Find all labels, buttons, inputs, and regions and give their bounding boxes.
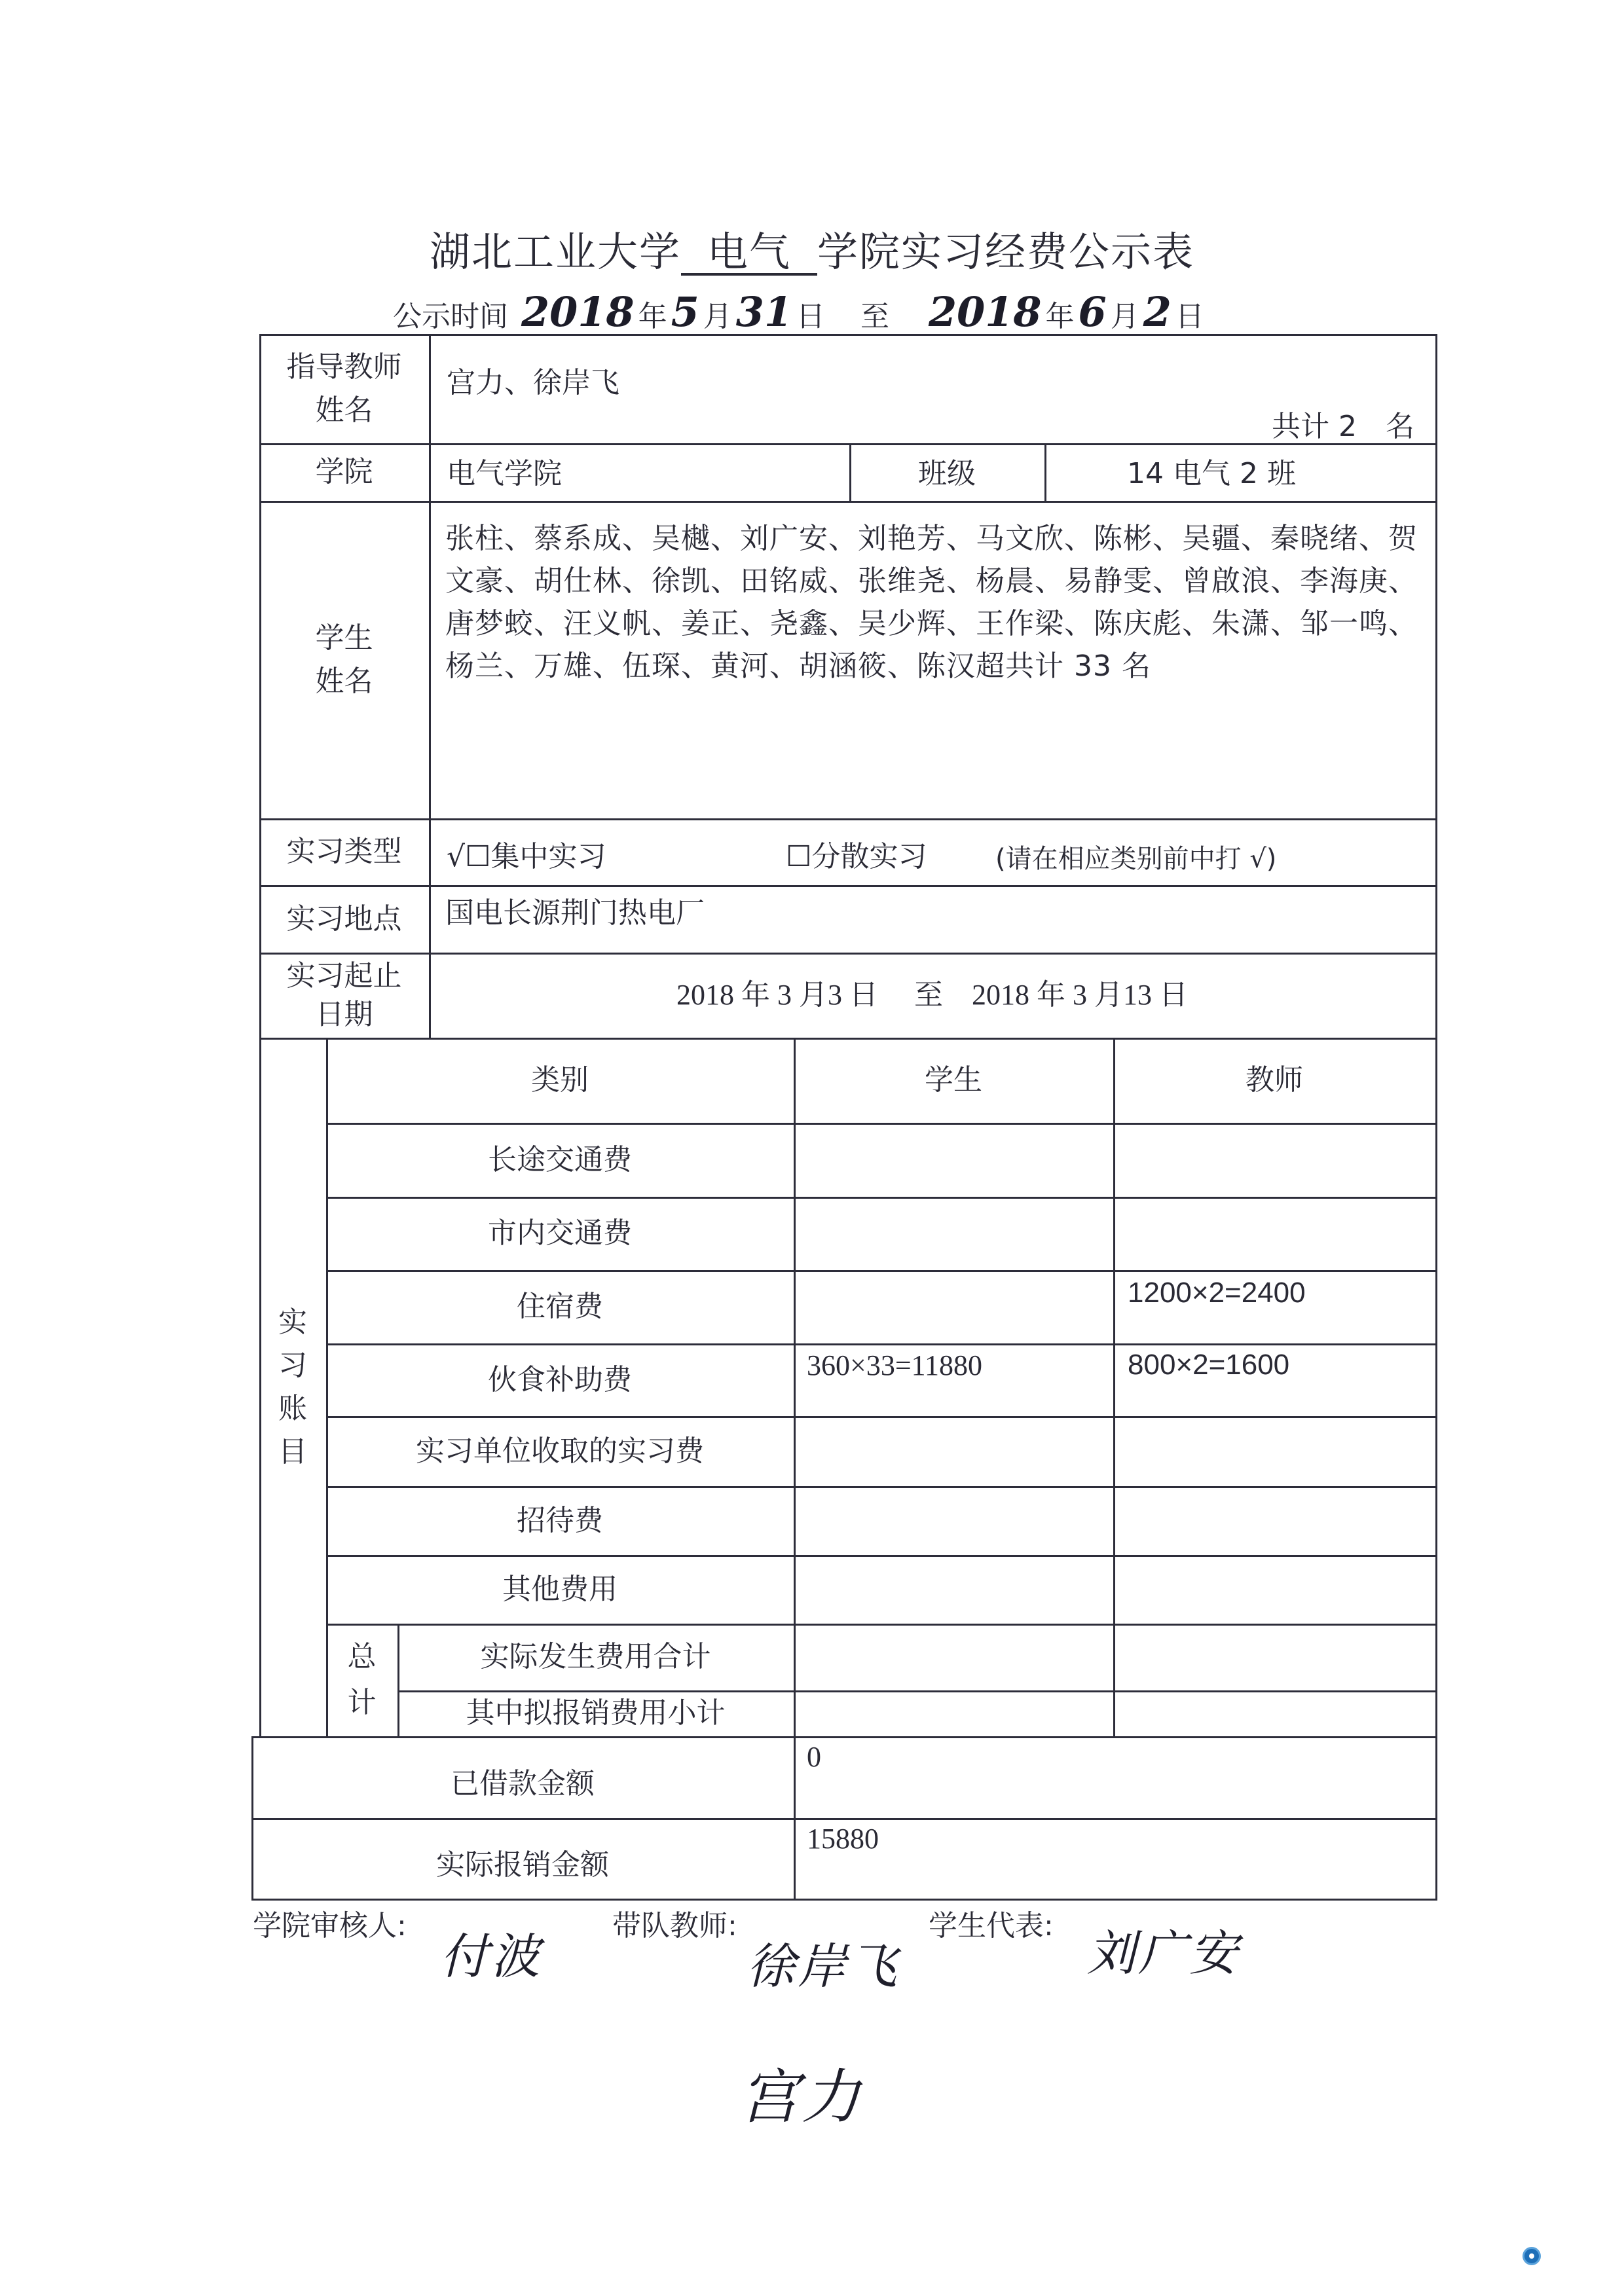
document-title: 湖北工业大学电气学院实习经费公示表	[0, 219, 1624, 278]
college-label: 学院	[259, 443, 429, 501]
year-char: 年	[1046, 300, 1075, 333]
row-category: 市内交通费	[326, 1197, 794, 1270]
month-char: 月	[1111, 300, 1139, 333]
pub-end-year: 2018	[925, 288, 1046, 336]
internship-type-label: 实习类型	[259, 818, 429, 885]
student-label-line2: 姓名	[316, 660, 373, 703]
row-category: 住宿费	[326, 1270, 794, 1343]
student-label-line1: 学生	[316, 617, 373, 660]
row-line	[259, 818, 1437, 820]
teacher-label-line1: 指导教师	[287, 346, 402, 389]
date-label-line2: 日期	[316, 995, 373, 1034]
title-university: 湖北工业大学	[430, 228, 681, 276]
section-char: 目	[278, 1430, 307, 1474]
header-student: 学生	[794, 1038, 1113, 1123]
university-emblem-icon	[1522, 2247, 1541, 2265]
total-label: 总 计	[326, 1624, 397, 1736]
reimbursed-label: 实际报销金额	[251, 1818, 794, 1899]
class-label: 班级	[849, 445, 1044, 503]
pub-end-day: 2	[1139, 288, 1175, 336]
reviewer-label: 学院审核人:	[253, 1902, 407, 1944]
borrowed-label: 已借款金额	[251, 1736, 794, 1818]
lead-teacher-signature-1: 徐岸飞	[747, 1928, 900, 1997]
pub-start-month: 5	[667, 288, 703, 336]
row-line	[259, 334, 1437, 336]
reviewer-signature: 付波	[440, 1918, 542, 1988]
student-names-value: 张柱、蔡系成、吴樾、刘广安、刘艳芳、马文欣、陈彬、吴疆、秦晓绪、贺文豪、胡仕林、…	[445, 517, 1428, 687]
table-border-right	[1435, 334, 1437, 1899]
row-teacher-value[interactable]: 1200×2=2400	[1128, 1277, 1306, 1309]
row-teacher-value[interactable]: 800×2=1600	[1128, 1349, 1289, 1381]
section-char: 习	[278, 1344, 307, 1387]
pub-to: 至	[834, 300, 915, 333]
teacher-label-line2: 姓名	[316, 389, 373, 432]
type-option-dispersed[interactable]: ☐分散实习	[786, 833, 927, 875]
row-student-value[interactable]: 360×33=11880	[807, 1349, 982, 1382]
title-suffix: 学院实习经费公示表	[817, 228, 1194, 276]
day-char: 日	[1175, 300, 1204, 333]
total-row-category: 实际发生费用合计	[397, 1624, 794, 1690]
type-option-centralized[interactable]: √☐集中实习	[447, 833, 606, 875]
day-char: 日	[796, 300, 825, 333]
total-char: 计	[348, 1680, 377, 1726]
row-category: 长途交通费	[326, 1123, 794, 1197]
section-char: 实	[278, 1301, 307, 1344]
type-hint: (请在相应类别前中打 √)	[995, 838, 1276, 875]
row-line	[251, 1899, 1437, 1901]
student-name-label: 学生 姓名	[259, 501, 429, 818]
row-category: 实习单位收取的实习费	[326, 1416, 794, 1486]
row-category: 伙食补助费	[326, 1343, 794, 1416]
teacher-names-value: 宫力、徐岸飞	[447, 359, 619, 401]
title-college-blank: 电气	[681, 230, 817, 276]
pub-time-label: 公示时间	[393, 300, 508, 333]
pub-end-month: 6	[1075, 288, 1111, 336]
total-row-category: 其中拟报销费用小计	[397, 1690, 794, 1736]
internship-place-label: 实习地点	[259, 885, 429, 953]
student-rep-signature: 刘广安	[1087, 1915, 1240, 1984]
internship-date-label: 实习起止 日期	[259, 953, 429, 1038]
category-student-divider	[794, 1038, 796, 1900]
publication-time: 公示时间 2018年5月31日 至 2018年6月2日	[393, 288, 1204, 336]
teacher-count: 共计 2 名	[1272, 403, 1414, 445]
teacher-name-label: 指导教师 姓名	[259, 334, 429, 443]
date-label-line1: 实习起止	[287, 957, 402, 995]
label-column-divider	[429, 334, 431, 1038]
month-char: 月	[703, 300, 732, 333]
student-teacher-divider	[1113, 1038, 1115, 1738]
header-category: 类别	[326, 1038, 794, 1123]
section-char: 账	[278, 1387, 307, 1430]
college-value: 电气学院	[447, 445, 840, 503]
lead-teacher-label: 带队教师:	[612, 1902, 737, 1944]
reimbursed-value[interactable]: 15880	[807, 1822, 879, 1855]
student-rep-label: 学生代表:	[929, 1902, 1054, 1944]
header-teacher: 教师	[1113, 1038, 1435, 1123]
pub-start-day: 31	[732, 288, 796, 336]
internship-place-value: 国电长源荆门热电厂	[445, 889, 705, 931]
pub-start-year: 2018	[517, 288, 638, 336]
year-char: 年	[638, 300, 667, 333]
row-category: 招待费	[326, 1486, 794, 1555]
row-category: 其他费用	[326, 1555, 794, 1624]
row-line	[259, 885, 1437, 887]
borrowed-value[interactable]: 0	[807, 1740, 821, 1774]
lead-teacher-signature-2: 宫力	[740, 2049, 863, 2134]
internship-date-value: 2018 年 3 月3 日 至 2018 年 3 月13 日	[429, 953, 1435, 1038]
expense-section-label: 实 习 账 目	[259, 1038, 326, 1736]
total-char: 总	[348, 1634, 377, 1680]
class-value: 14 电气 2 班	[1044, 445, 1378, 503]
